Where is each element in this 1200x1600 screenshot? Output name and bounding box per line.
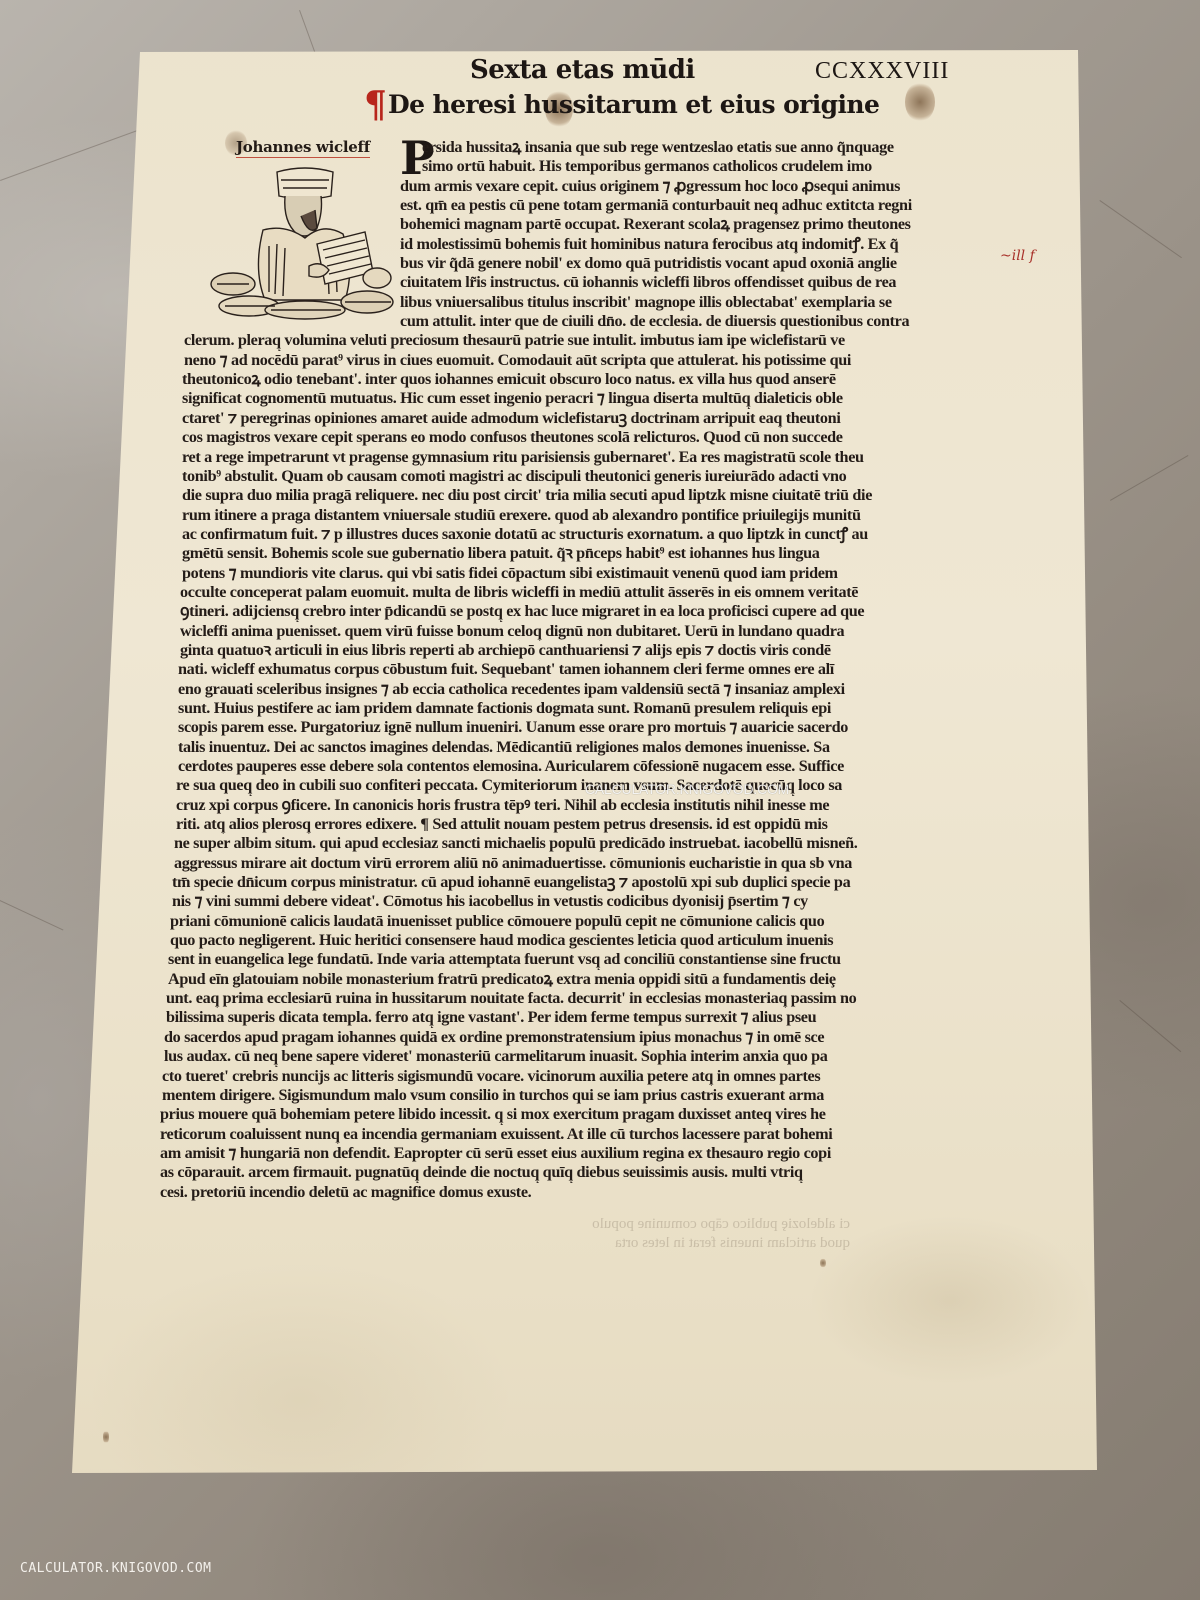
text-line: simo ortū habuit. His temporibus germano… bbox=[160, 157, 990, 176]
text-line: bus vir q̃dā genere nobil' ex domo quā p… bbox=[160, 254, 990, 273]
text-line: re sua queq̧ deo in cubili suo confiteri… bbox=[160, 776, 990, 795]
text-line: cum attulit. inter que de ciuili dn̄o. d… bbox=[160, 312, 990, 331]
text-line: cruz xpi corpus ꝯficere. In canonicis ho… bbox=[160, 796, 990, 815]
rubricated-pilcrow: ¶ bbox=[364, 84, 387, 126]
text-line: neno ⁊ ad nocēdū parat⁹ virus in ciues e… bbox=[160, 351, 990, 370]
text-line: cos magistros vexare cepit sperans eo mo… bbox=[160, 428, 990, 447]
text-line: libus vniuersalibus titulus inscribit' m… bbox=[160, 293, 990, 312]
text-line: bohemici magnam partē occupat. Rexerant … bbox=[160, 215, 990, 234]
text-line: lus audax. cū neq̧ bene sapere videret' … bbox=[160, 1047, 990, 1066]
text-line: priani cōmunionē calicis laudatā inuenis… bbox=[160, 912, 990, 931]
text-line: reticorum coaluissent nunq̧ ea incendia … bbox=[160, 1125, 990, 1144]
text-line: nis ⁊ vini summi debere videat'. Cōmotus… bbox=[160, 892, 990, 911]
text-line: gmētū sensit. Bohemis scole sue gubernat… bbox=[160, 544, 990, 563]
text-line: eno grauati sceleribus insignes ⁊ ab ecc… bbox=[160, 680, 990, 699]
text-line: id molestissimū bohemis fuit hominibus n… bbox=[160, 235, 990, 254]
text-line: quo pacto negligerent. Huic heritici con… bbox=[160, 931, 990, 950]
text-line: mentem dirigere. Sigismundum malo vsum c… bbox=[160, 1086, 990, 1105]
text-line: theutonicoꝝ odio tenebant'. inter quos i… bbox=[160, 370, 990, 389]
watermark-footer: CALCULATOR.KNIGOVOD.COM bbox=[20, 1561, 212, 1576]
text-line: tonib⁹ abstulit. Quam ob causam comoti m… bbox=[160, 467, 990, 486]
chapter-title: De heresi hussitarum et eius origine bbox=[388, 90, 879, 119]
text-line: tm̄ specie dn̄icum corpus ministratur. c… bbox=[160, 873, 990, 892]
folio-number: CCXXXVIII bbox=[815, 58, 949, 85]
foxing-stain bbox=[905, 82, 935, 122]
text-line: cto tueret' crebris nuncijs ac litteris … bbox=[160, 1067, 990, 1086]
text-line: scopis parem esse. Purgatoriuz ignē null… bbox=[160, 718, 990, 737]
text-line: prius mouere quā bohemiam petere libido … bbox=[160, 1105, 990, 1124]
body-text: ersida hussitaꝝ insania que sub rege wen… bbox=[160, 138, 990, 1221]
text-line: am amisit ⁊ hungariā non defendit. Eapro… bbox=[160, 1144, 990, 1163]
text-line: sent in euangelica lege fundatū. Inde va… bbox=[160, 950, 990, 969]
show-through-text: ci aldeloziȩ publico cāpo comunine popul… bbox=[150, 1215, 850, 1253]
text-line: significat cognomentū mutuatus. Hic cum … bbox=[160, 389, 990, 408]
text-line: ginta quatuoꝛ articuli in eius libris re… bbox=[160, 641, 990, 660]
text-line: talis inuentuz. Dei ac sanctos imagines … bbox=[160, 738, 990, 757]
text-line: est. qm̄ ea pestis cū pene totam germani… bbox=[160, 196, 990, 215]
foxing-stain bbox=[820, 1258, 826, 1268]
foxing-stain bbox=[103, 1430, 109, 1444]
text-line: ctaret' ⁊ peregrinas opiniones amaret au… bbox=[160, 409, 990, 428]
text-line: ne super albim situm. qui apud ecclesiaz… bbox=[160, 834, 990, 853]
surface-vein bbox=[1110, 455, 1188, 501]
text-line: clerum. pleraq̧ volumina veluti preciosu… bbox=[160, 331, 990, 350]
text-line: ersida hussitaꝝ insania que sub rege wen… bbox=[160, 138, 990, 157]
running-head: Sexta etas mūdi bbox=[470, 55, 695, 85]
text-line: riti. atq̧ alios plerosq̧ errores edixer… bbox=[160, 815, 990, 834]
text-line: ret a rege impetrarunt vt pragense gymna… bbox=[160, 448, 990, 467]
text-line: occulte conceperat palam euomuit. multa … bbox=[160, 583, 990, 602]
text-line: do sacerdos apud pragam iohannes quidā e… bbox=[160, 1028, 990, 1047]
text-line: aggressus mirare ait doctum virū errorem… bbox=[160, 854, 990, 873]
margin-annotation: ~ill f bbox=[1000, 248, 1035, 264]
manuscript-page: Sexta etas mūdi CCXXXVIII ¶ De heresi hu… bbox=[0, 0, 1200, 1600]
watermark-center: CALCULATOR.KNIGOVOD.COM bbox=[585, 781, 789, 797]
text-line: ciuitatem lr̃is instructus. cū iohannis … bbox=[160, 273, 990, 292]
text-line: cerdotes pauperes esse debere sola conte… bbox=[160, 757, 990, 776]
text-line: potens ⁊ mundioris vite clarus. qui vbi … bbox=[160, 564, 990, 583]
surface-vein bbox=[0, 900, 63, 930]
text-line: wicleffi anima puenisset. quem virū fuis… bbox=[160, 622, 990, 641]
surface-vein bbox=[0, 125, 151, 181]
text-line: ꝯtineri. adijciensq̧ crebro inter p̄dica… bbox=[160, 602, 990, 621]
text-line: die supra duo milia pragā reliquere. nec… bbox=[160, 486, 990, 505]
show-through-line: quod articlam inuenis ferat in letes ort… bbox=[150, 1234, 850, 1253]
text-line: as cōparauit. arcem firmauit. pugnatūq̧ … bbox=[160, 1163, 990, 1182]
text-line: dum armis vexare cepit. cuius originem ⁊… bbox=[160, 177, 990, 196]
surface-vein bbox=[1099, 200, 1181, 258]
surface-vein bbox=[1119, 1000, 1181, 1052]
text-line: nati. wicleff exhumatus corpus cōbustum … bbox=[160, 660, 990, 679]
text-line: cesi. pretoriū incendio deletū ac magnif… bbox=[160, 1183, 990, 1202]
show-through-line: ci aldeloziȩ publico cāpo comunine popul… bbox=[150, 1215, 850, 1234]
text-line: sunt. Huius pestifere ac iam pridem damn… bbox=[160, 699, 990, 718]
text-line: unt. eaq̧ prima ecclesiarū ruina in huss… bbox=[160, 989, 990, 1008]
text-line: rum itinere a praga distantem vniuersale… bbox=[160, 506, 990, 525]
text-line: bilissima superis dicata templa. ferro a… bbox=[160, 1008, 990, 1027]
text-line: Apud eīn glatouiam nobile monasterium fr… bbox=[160, 970, 990, 989]
text-line: ac confirmatum fuit. ⁊ p illustres duces… bbox=[160, 525, 990, 544]
